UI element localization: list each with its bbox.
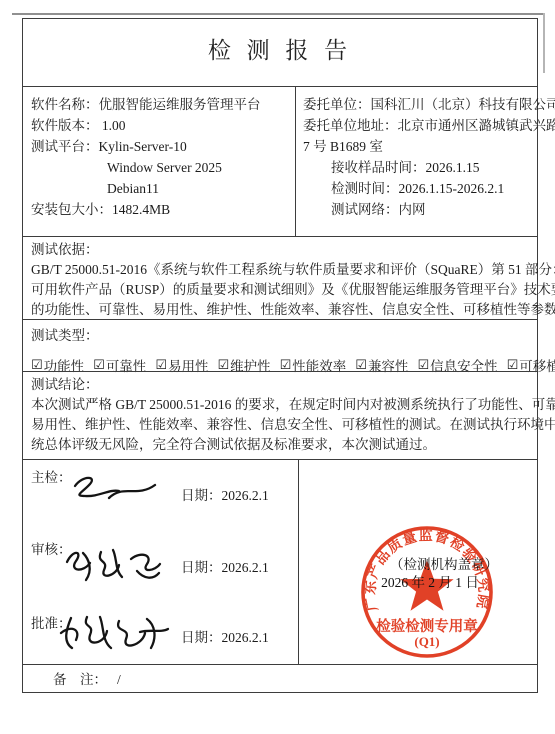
page-top-rule: [12, 13, 544, 15]
conclusion-label: 测试结论：: [31, 375, 529, 395]
signature-row: 主检： 日期：2026.2.1 审核： 日期：2026.2.1 批准：: [23, 459, 537, 664]
client-name: 委托单位：国科汇川（北京）科技有限公司: [303, 94, 535, 115]
signatures-cell: 主检： 日期：2026.2.1 审核： 日期：2026.2.1 批准：: [23, 460, 298, 664]
signature-chief-inspector: [63, 470, 163, 506]
software-info-cell: 软件名称：优服智能运维服务管理平台 软件版本： 1.00 测试平台：Kylin-…: [23, 87, 295, 236]
reviewer-date: 日期：2026.2.1: [181, 556, 269, 576]
conclusion-line: 统总体评级无风险，完全符合测试依据及标准要求，本次测试通过。: [31, 435, 529, 455]
conclusion-line: 本次测试严格 GB/T 25000.51-2016 的要求，在规定时间内对被测系…: [31, 395, 529, 415]
client-address-2: 7 号 B1689 室: [303, 136, 535, 157]
software-name: 软件名称：优服智能运维服务管理平台: [31, 94, 289, 115]
stamp-instruction-text: （检测机构盖章）: [377, 553, 511, 573]
report-table: 检 测 报 告 软件名称：优服智能运维服务管理平台 软件版本： 1.00 测试平…: [22, 18, 538, 693]
software-version: 软件版本： 1.00: [31, 115, 289, 136]
remark: 备 注：/: [23, 665, 537, 694]
stamp-center-label: 检验检测专用章: [376, 617, 478, 635]
test-types-row: 测试类型： ☑功能性 ☑可靠性 ☑易用性 ☑维护性 ☑性能效率 ☑兼容性 ☑信息…: [23, 319, 537, 371]
signature-reviewer: [59, 540, 169, 586]
test-network: 测试网络：内网: [303, 199, 535, 220]
client-address-1: 委托单位地址：北京市通州区潞城镇武兴路: [303, 115, 535, 136]
test-basis-line: 的功能性、可靠性、易用性、维护性、性能效率、兼容性、信息安全性、可移植性等参数。: [31, 300, 529, 320]
test-basis-label: 测试依据：: [31, 240, 529, 260]
conclusion-line: 易用性、维护性、性能效率、兼容性、信息安全性、可移植性的测试。在测试执行环境中，…: [31, 415, 529, 435]
test-platform-3: Debian11: [31, 178, 289, 199]
test-period: 检测时间：2026.1.15-2026.2.1: [303, 178, 535, 199]
stamp-date-text: 2026 年 2 月 1 日: [363, 571, 497, 591]
report-page: 检 测 报 告 软件名称：优服智能运维服务管理平台 软件版本： 1.00 测试平…: [0, 0, 555, 734]
sample-received-date: 接收样品时间：2026.1.15: [303, 157, 535, 178]
test-basis-line: 可用软件产品（RUSP）的质量要求和测试细则》及《优服智能运维服务管理平台》技术…: [31, 280, 529, 300]
test-basis-line: GB/T 25000.51-2016《系统与软件工程系统与软件质量要求和评价（S…: [31, 260, 529, 280]
info-row: 软件名称：优服智能运维服务管理平台 软件版本： 1.00 测试平台：Kylin-…: [23, 86, 537, 236]
remark-value: /: [107, 672, 121, 687]
client-info-cell: 委托单位：国科汇川（北京）科技有限公司 委托单位地址：北京市通州区潞城镇武兴路 …: [295, 87, 539, 236]
official-seal-stamp: 广东产品质量监督检验研究院 检验检测专用章 (Q1): [357, 522, 497, 662]
signature-approver: [55, 610, 175, 654]
test-platform: 测试平台：Kylin-Server-10: [31, 136, 289, 157]
stamp-cell: 广东产品质量监督检验研究院 检验检测专用章 (Q1) （检测机构盖章） 2026…: [298, 460, 539, 664]
report-title: 检 测 报 告: [23, 19, 537, 83]
approver-date: 日期：2026.2.1: [181, 626, 269, 646]
test-basis-row: 测试依据： GB/T 25000.51-2016《系统与软件工程系统与软件质量要…: [23, 236, 537, 319]
stamp-code: (Q1): [414, 634, 439, 649]
page-edge-rule: [543, 13, 545, 73]
package-size: 安装包大小：1482.4MB: [31, 199, 289, 220]
chief-inspector-date: 日期：2026.2.1: [181, 484, 269, 504]
remark-row: 备 注：/: [23, 664, 537, 694]
conclusion-row: 测试结论： 本次测试严格 GB/T 25000.51-2016 的要求，在规定时…: [23, 371, 537, 459]
test-platform-2: Window Server 2025: [31, 157, 289, 178]
remark-label: 备 注：: [53, 672, 107, 687]
title-row: 检 测 报 告: [23, 19, 537, 86]
test-types-label: 测试类型：: [23, 320, 537, 346]
